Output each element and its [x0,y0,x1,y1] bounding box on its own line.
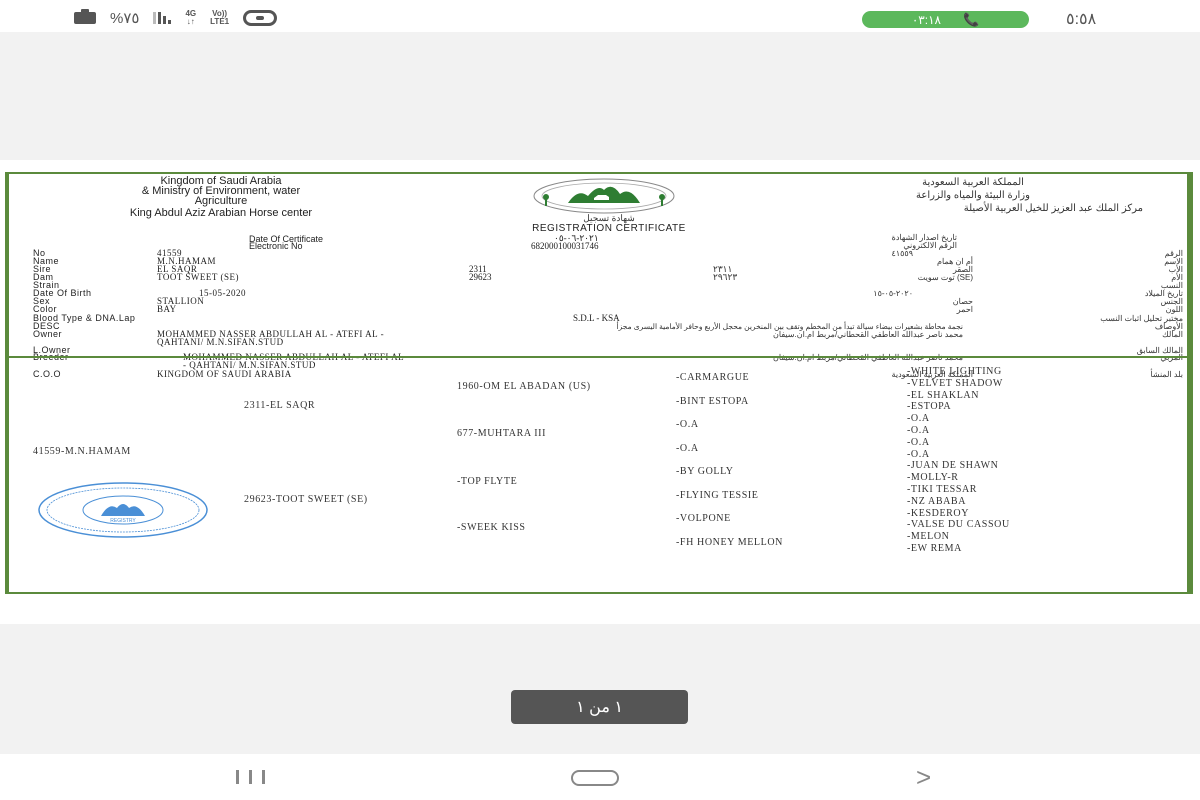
pedigree-gen4: -O.A [907,425,930,436]
status-icons-left: %٧٥ 4G↓↑ Vo))LTE1 [74,9,277,27]
page-indicator: ١ من ١ [511,690,688,724]
pedigree-gen4: -TIKI TESSAR [907,484,977,495]
pedigree-gen4: -O.A [907,413,930,424]
pedigree-gen3: -BINT ESTOPA [676,396,749,407]
battery-percent: %٧٥ [110,9,139,27]
header-english: Kingdom of Saudi Arabia & Ministry of En… [51,176,391,218]
clock: ٥:٥٨ [1066,9,1096,29]
title-arabic: شهادة تسجيل [449,214,769,223]
section-divider [9,356,1187,358]
pedigree-gen4: -EL SHAKLAN [907,390,979,401]
pedigree-gen1: 2311-EL SAQR [244,400,315,411]
pedigree-gen4: -MOLLY-R [907,472,959,483]
pedigree-gen3: -FLYING TESSIE [676,490,759,501]
pedigree-gen2: -SWEEK KISS [457,522,526,533]
ongoing-call-pill[interactable]: ٠٣:١٨ 📞 [862,11,1029,28]
pedigree-gen2: 677-MUHTARA III [457,428,546,439]
pedigree-gen3: -BY GOLLY [676,466,734,477]
info-row: C.O.OKINGDOM OF SAUDI ARABIAالمملكة العر… [33,370,1183,379]
navigation-bar: > [0,754,1200,800]
horse-center-logo [528,176,680,216]
row-label-arabic: اللون [1043,305,1183,314]
pedigree-gen4: -O.A [907,449,930,460]
pedigree-gen3: -O.A [676,419,699,430]
pedigree-gen4: -KESDEROY [907,508,969,519]
pedigree-gen3: -VOLPONE [676,513,731,524]
pedigree-gen4: -VELVET SHADOW [907,378,1003,389]
header-ar-line1: المملكة العربية السعودية [803,176,1143,189]
title-english: REGISTRATION CERTIFICATE [449,223,769,234]
pedigree-gen4: -O.A [907,437,930,448]
row-label-arabic: بلد المنشأ [1043,370,1183,379]
pedigree-gen4: -MELON [907,531,949,542]
row-value: BAY [157,305,177,314]
header-ar-center: مركز الملك عبد العزيز للخيل العربية الأص… [803,202,1143,215]
pedigree-gen4: -EW REMA [907,543,962,554]
battery-icon [74,12,96,24]
header-arabic: المملكة العربية السعودية وزارة البيئة وا… [803,176,1143,215]
network-type-icon: 4G↓↑ [185,10,196,26]
svg-text:REGISTRY: REGISTRY [110,518,136,524]
header-en-center: King Abdul Aziz Arabian Horse center [51,208,391,218]
pedigree-horse: 41559-M.N.HAMAM [33,446,131,457]
certificate-title: شهادة تسجيل REGISTRATION CERTIFICATE [449,214,769,234]
status-bar: %٧٥ 4G↓↑ Vo))LTE1 ٠٣:١٨ 📞 ٥:٥٨ [0,0,1200,32]
pedigree-gen4: -ESTOPA [907,401,951,412]
registry-stamp: REGISTRY [35,480,211,540]
pedigree-gen2: 1960-OM EL ABADAN (US) [457,381,591,392]
registration-certificate: Kingdom of Saudi Arabia & Ministry of En… [5,172,1193,594]
recent-apps-icon [236,770,239,784]
pedigree-gen4: -JUAN DE SHAWN [907,460,998,471]
row-value: KINGDOM OF SAUDI ARABIA [157,370,292,379]
phone-icon: 📞 [963,12,979,28]
recent-apps-button[interactable] [236,770,265,784]
pedigree-gen3: -FH HONEY MELLON [676,537,783,548]
pedigree-gen3: -O.A [676,443,699,454]
home-button[interactable] [571,770,619,786]
header-en-line3: Agriculture [51,196,391,206]
volte-icon: Vo))LTE1 [210,10,229,26]
pedigree-gen2: -TOP FLYTE [457,476,517,487]
pedigree-gen3: -CARMARGUE [676,372,749,383]
pedigree-gen1: 29623-TOOT SWEET (SE) [244,494,368,505]
hotspot-icon [243,10,277,26]
signal-icon [153,12,171,24]
header-ar-line2: وزارة البيئة والمياه والزراعة [803,189,1143,202]
row-value-arabic: احمر [957,305,973,314]
row-label: C.O.O [33,370,61,379]
back-button[interactable]: > [916,764,931,790]
call-duration: ٠٣:١٨ [912,13,941,27]
pedigree-gen4: -VALSE DU CASSOU [907,519,1010,530]
pedigree-gen4: -NZ ABABA [907,496,966,507]
pedigree-gen4: -WHITE LIGHTING [907,366,1002,377]
